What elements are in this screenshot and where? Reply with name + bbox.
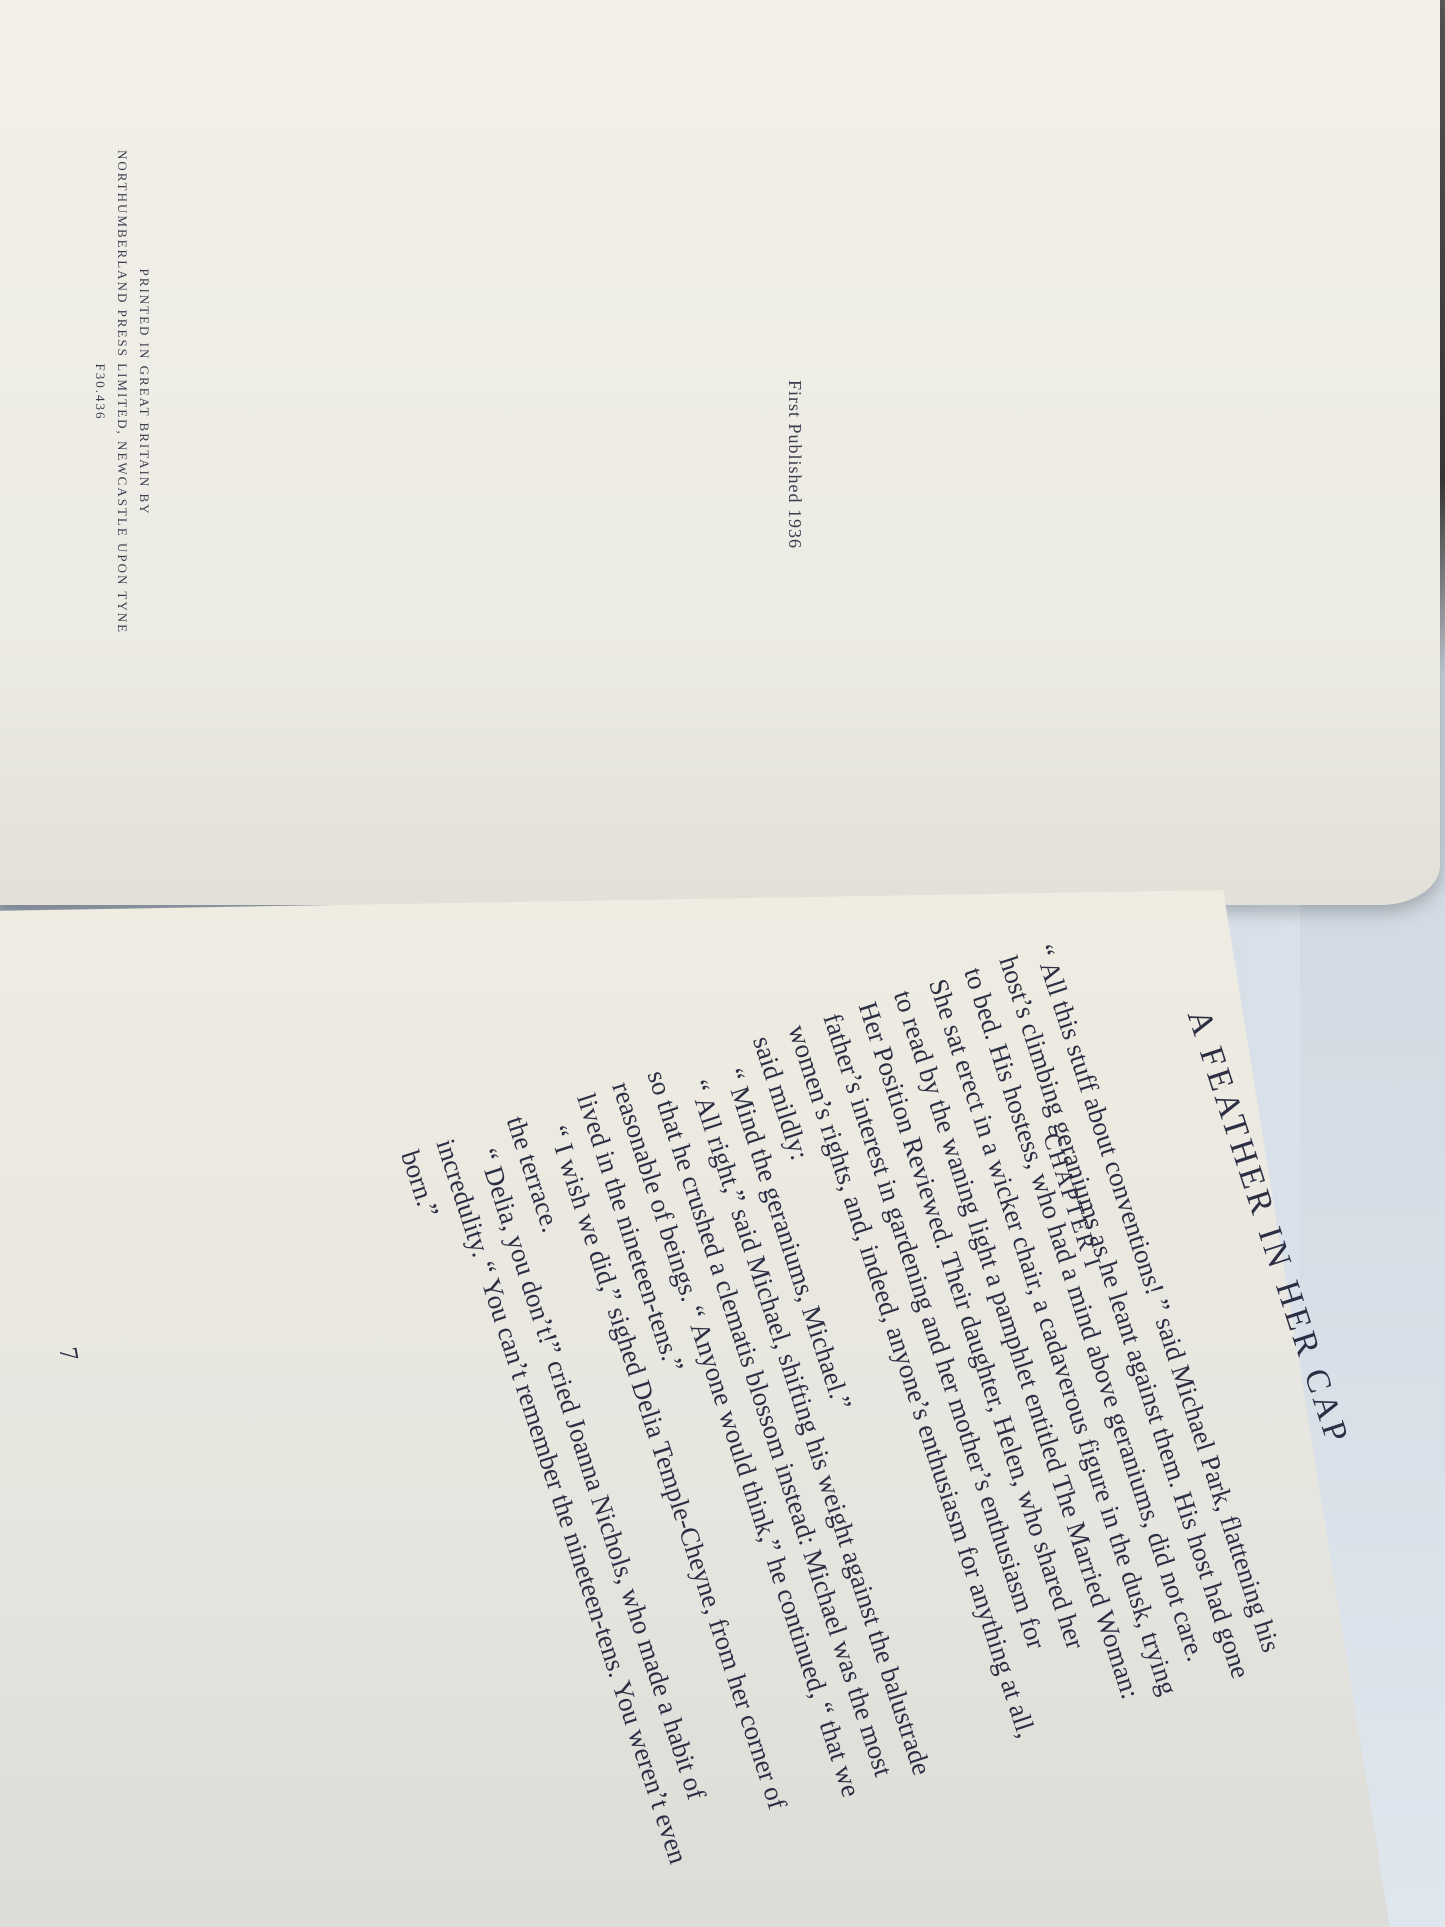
printer-imprint: PRINTED IN GREAT BRITAIN BY NORTHUMBERLA… [89, 150, 155, 634]
imprint-line-2: NORTHUMBERLAND PRESS LIMITED, NEWCASTLE … [111, 150, 133, 634]
imprint-code: F30.436 [89, 150, 111, 634]
first-published-line: First Published 1936 [784, 380, 805, 549]
imprint-line-1: PRINTED IN GREAT BRITAIN BY [133, 150, 155, 634]
left-page: First Published 1936 PRINTED IN GREAT BR… [0, 0, 1440, 905]
